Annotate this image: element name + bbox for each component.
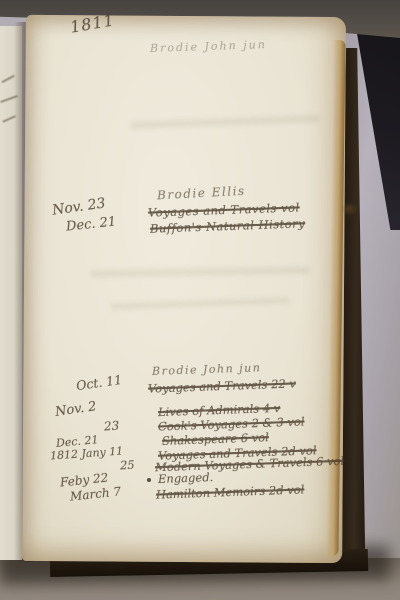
entry-title: Engaged. <box>158 470 214 486</box>
manuscript-photo: 1811 Brodie John jun Brodie Ellis Nov. 2… <box>0 0 400 600</box>
ink-dot <box>147 478 151 482</box>
entry-date: 23 <box>104 418 120 433</box>
entry-date: 25 <box>120 458 135 473</box>
ink-stain <box>340 202 358 216</box>
